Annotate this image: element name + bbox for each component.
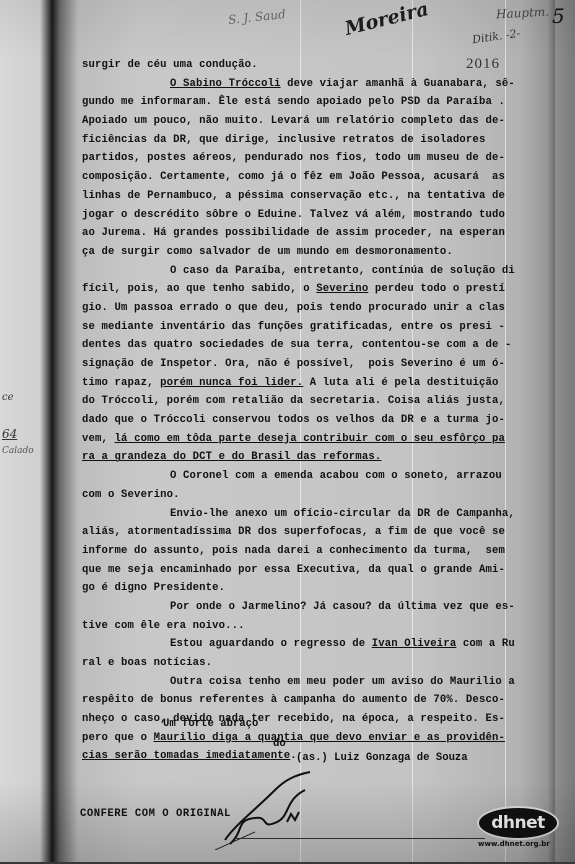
text-span: vem, [82, 433, 115, 445]
letter-line: surgir de céu uma condução. [82, 56, 522, 75]
text-span: com a Ru [456, 638, 515, 650]
letter-line: jogar o descrédito sôbre o Eduine. Talve… [82, 206, 522, 225]
letter-line: que me seja encaminhado por essa Executi… [82, 561, 522, 580]
margin-note: ce [2, 392, 14, 403]
letter-line: Outra coisa tenho em meu poder um aviso … [82, 673, 522, 692]
dhnet-logo: dhnet [477, 806, 559, 840]
letter-line: ça de surgir como salvador de um mundo e… [82, 243, 522, 262]
letter-line: tive com êle era noivo... [82, 617, 522, 636]
letter-line: composição. Certamente, como já o fêz em… [82, 168, 522, 187]
typed-signature: (as.) Luiz Gonzaga de Souza [296, 752, 468, 764]
letter-line: informe do assunto, pois nada darei a co… [82, 542, 522, 561]
handwritten-note-top-left: S. J. Saud [227, 7, 286, 27]
text-span: deve viajar amanhã à Guanabara, sê- [281, 78, 515, 90]
letter-line: linhas de Pernambuco, a péssima conserva… [82, 187, 522, 206]
letter-line: respêito de bonus referentes à campanha … [82, 691, 522, 710]
letter-line: nheço o caso, devido nada ter recebido, … [82, 710, 522, 729]
scanned-letter-page: S. J. Saud Moreira Hauptm. Ditik. -2- 5 … [0, 0, 575, 864]
letter-line: se mediante inventário das funções grati… [82, 318, 522, 337]
underlined-text: O Sabino Tróccoli [170, 78, 281, 90]
letter-line: aliás, atormentadíssima DR dos superfofo… [82, 523, 522, 542]
text-span: fícil, pois, ao que tenho sabido, o [82, 283, 316, 295]
underlined-text: lá como em tôda parte deseja contribuir … [115, 433, 505, 445]
letter-line: Estou aguardando o regresso de Ivan Oliv… [82, 635, 522, 654]
underlined-text: Ivan Oliveira [372, 638, 457, 650]
handwritten-signature-top: Moreira [343, 0, 431, 40]
letter-body: surgir de céu uma condução.O Sabino Tróc… [82, 56, 522, 766]
letter-line: ficiências da DR, que dirige, inclusive … [82, 131, 522, 150]
signature-line [235, 838, 485, 839]
letter-line: signação de Inspetor. Ora, não é possíve… [82, 355, 522, 374]
handwritten-note-top-right-second: Ditik. -2- [471, 27, 521, 47]
underlined-text: ra a grandeza do DCT e do Brasil das ref… [82, 451, 381, 463]
margin-note: 64 [2, 427, 17, 441]
letter-line: com o Severino. [82, 486, 522, 505]
page-edge [547, 0, 555, 864]
letter-line: Envio-lhe anexo um ofício-circular da DR… [82, 505, 522, 524]
letter-line: do Tróccoli, porém com retalião da secre… [82, 392, 522, 411]
letter-line: dentes das quatro sociedades de sua terr… [82, 336, 522, 355]
letter-line: ao Jurema. Há grandes possibilidade de a… [82, 224, 522, 243]
text-span: A luta ali é pela destituição [303, 377, 498, 389]
certification-text: CONFERE COM O ORIGINAL [80, 808, 231, 820]
letter-line: partidos, postes aéreos, pendurado nos f… [82, 149, 522, 168]
handwritten-page-number: 5 [552, 4, 565, 28]
closing-from: do [273, 738, 286, 750]
letter-line: dado que o Tróccoli conservou todos os v… [82, 411, 522, 430]
underlined-text: cias serão tomadas imediatamente [82, 750, 290, 762]
letter-line: gio. Um passoa errado o que deu, pois te… [82, 299, 522, 318]
letter-line: O Coronel com a emenda acabou com o sone… [82, 467, 522, 486]
text-span: perdeu todo o prestí [368, 283, 505, 295]
letter-line: pero que o Maurilio diga a quantia que d… [82, 729, 522, 748]
handwritten-note-top-right: Hauptm. [496, 5, 550, 22]
margin-note: Calado [2, 446, 34, 456]
letter-line: ra a grandeza do DCT e do Brasil das ref… [82, 448, 522, 467]
underlined-text: Maurilio diga a quantia que devo enviar … [154, 732, 505, 744]
letter-line: O Sabino Tróccoli deve viajar amanhã à G… [82, 75, 522, 94]
text-span: pero que o [82, 732, 154, 744]
letter-line: timo rapaz, porém nunca foi lider. A lut… [82, 374, 522, 393]
letter-line: gundo me informaram. Êle está sendo apoi… [82, 93, 522, 112]
closing-salutation: Um forte abraço [163, 718, 258, 730]
letter-line: vem, lá como em tôda parte deseja contri… [82, 430, 522, 449]
letter-line: go é digno Presidente. [82, 579, 522, 598]
letter-line: fícil, pois, ao que tenho sabido, o Seve… [82, 280, 522, 299]
text-span: timo rapaz, [82, 377, 160, 389]
underlined-text: porém nunca foi lider. [160, 377, 303, 389]
letter-line: Por onde o Jarmelino? Já casou? da últim… [82, 598, 522, 617]
logo-text: dhnet [491, 813, 545, 833]
underlined-text: Severino [316, 283, 368, 295]
text-span: Estou aguardando o regresso de [170, 638, 372, 650]
letter-line: ral e boas notícias. [82, 654, 522, 673]
letter-line: O caso da Paraíba, entretanto, contínúa … [82, 262, 522, 281]
letter-line: Apoiado um pouco, não muito. Levará um r… [82, 112, 522, 131]
watermark-url: www.dhnet.org.br [478, 840, 550, 848]
